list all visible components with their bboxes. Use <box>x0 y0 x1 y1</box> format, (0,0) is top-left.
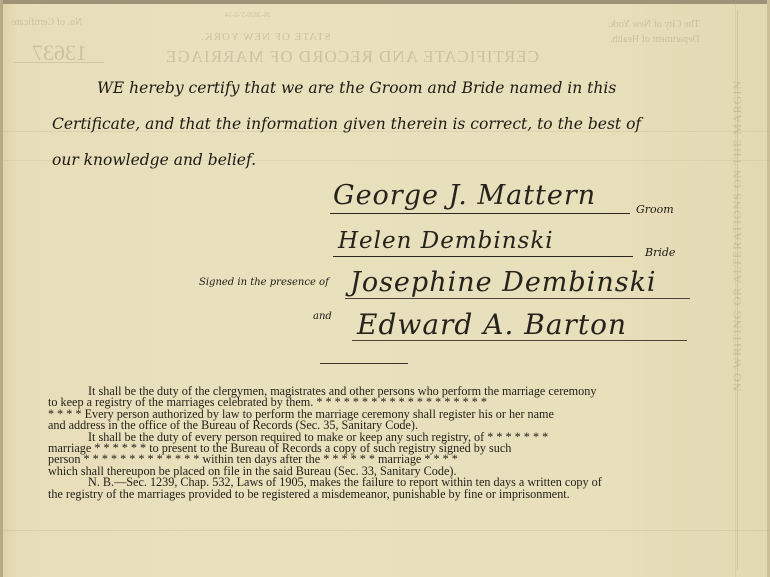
page-left-edge <box>0 0 3 577</box>
bleed-through-city: The City of New York. <box>608 17 700 32</box>
bleed-through-form-code: 26-3820-5'-6-14 <box>225 11 271 19</box>
certification-statement: WE hereby certify that we are the Groom … <box>52 70 692 178</box>
bleed-through-rule <box>737 10 738 570</box>
groom-label: Groom <box>636 203 674 216</box>
bride-label: Bride <box>645 246 675 259</box>
witness-1-signature: Josephine Dembinski <box>350 267 657 298</box>
bleed-through-city-department: The City of New York. Department of Heal… <box>608 17 700 47</box>
legal-p3-line-2: the registry of the marriages provided t… <box>48 489 708 500</box>
bride-signature: Helen Dembinski <box>338 228 554 254</box>
and-label: and <box>313 311 332 322</box>
witness-1-signature-line <box>345 298 690 299</box>
groom-signature: George J. Mattern <box>333 180 596 211</box>
legal-notice: It shall be the duty of the clergymen, m… <box>48 386 708 500</box>
bleed-through-title: CERTIFICATE AND RECORD OF MARRIAGE <box>165 47 539 67</box>
groom-signature-line <box>330 213 630 214</box>
certification-line-2: Certificate, and that the information gi… <box>52 106 692 142</box>
bleed-through-rule <box>14 62 104 63</box>
signed-in-presence-label: Signed in the presence of <box>199 277 329 288</box>
bleed-through-department: Department of Health. <box>608 32 700 47</box>
page-top-edge <box>0 0 770 4</box>
witness-2-signature-line <box>352 340 687 341</box>
marriage-certificate-page: 26-3820-5'-6-14 STATE OF NEW YORK. CERTI… <box>0 0 770 577</box>
separator-rule <box>320 363 408 364</box>
bleed-through-rule <box>0 530 770 531</box>
bleed-through-certificate-label: No. of Certificate <box>12 17 82 28</box>
witness-2-signature: Edward A. Barton <box>357 308 627 341</box>
bleed-through-rule <box>735 0 736 577</box>
certification-line-3: our knowledge and belief. <box>52 142 692 178</box>
certification-line-1: WE hereby certify that we are the Groom … <box>52 70 692 106</box>
bride-signature-line <box>333 256 633 257</box>
bleed-through-state: STATE OF NEW YORK. <box>200 31 331 43</box>
